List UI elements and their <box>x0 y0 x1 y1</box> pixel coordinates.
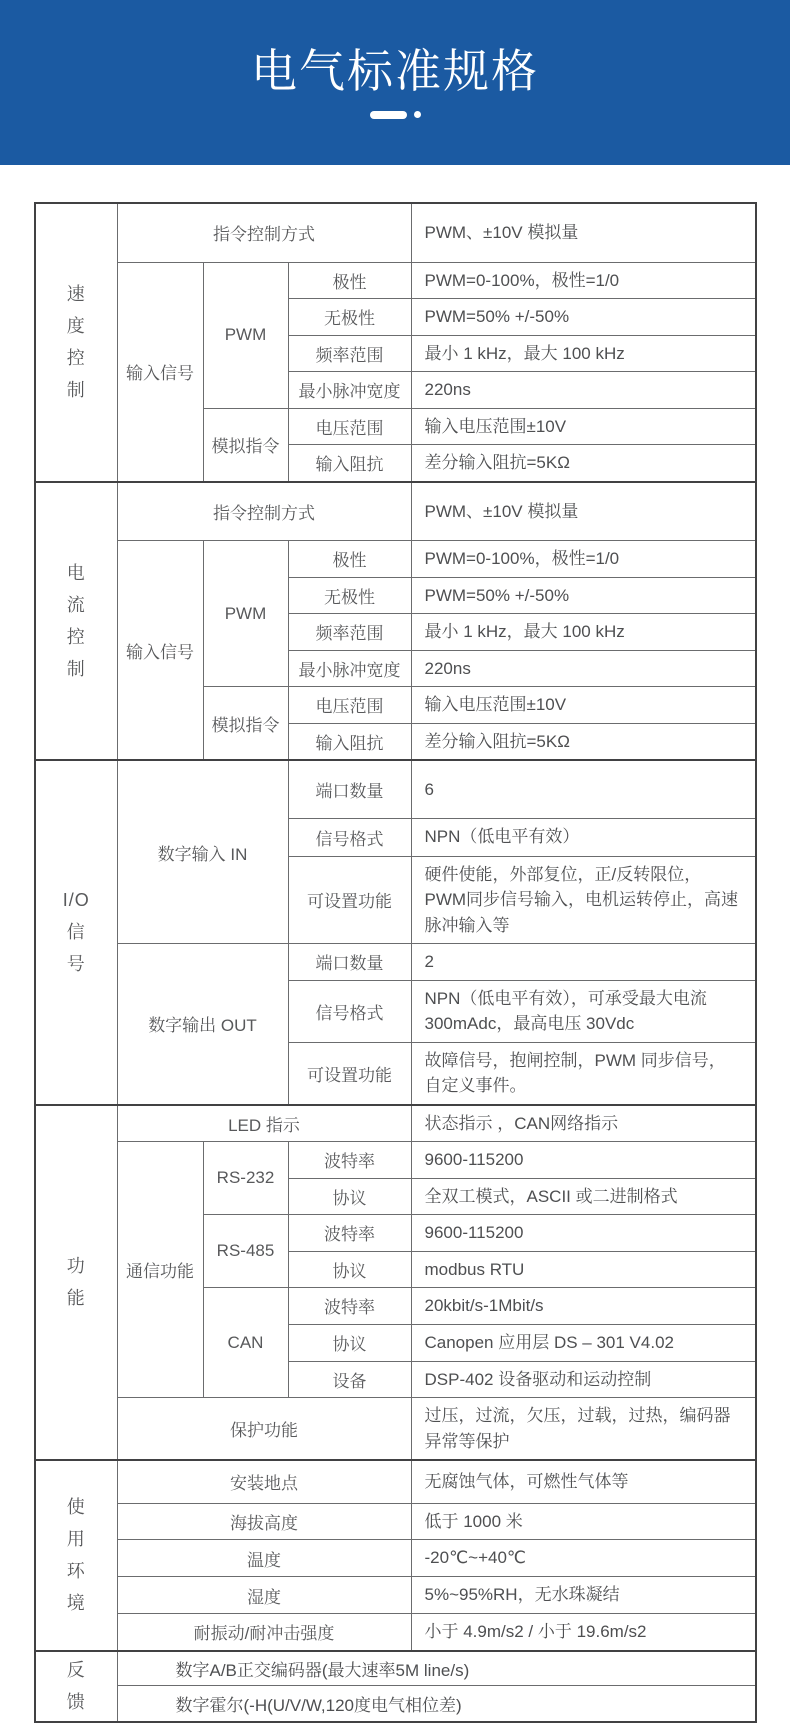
row-label: LED 指示 <box>117 1105 411 1142</box>
table-row: 数字输出 OUT 端口数量 2 <box>35 944 756 981</box>
row-label: 极性 <box>288 262 411 299</box>
table-row: 电 流 控 制 指令控制方式 PWM、±10V 模拟量 <box>35 482 756 541</box>
table-row: 数字霍尔(-H(U/V/W,120度电气相位差) <box>35 1686 756 1722</box>
underline-dash <box>370 111 407 119</box>
row-value: PWM、±10V 模拟量 <box>411 203 756 262</box>
row-label: 协议 <box>288 1178 411 1215</box>
row-value: 6 <box>411 760 756 818</box>
row-label: 端口数量 <box>288 760 411 818</box>
row-label: 极性 <box>288 541 411 578</box>
row-label: 频率范围 <box>288 335 411 372</box>
row-value: PWM=50% +/-50% <box>411 577 756 614</box>
table-row: 输入信号 PWM 极性 PWM=0-100%，极性=1/0 <box>35 541 756 578</box>
row-value: PWM=0-100%，极性=1/0 <box>411 262 756 299</box>
row-value: 输入电压范围±10V <box>411 687 756 724</box>
group-pwm: PWM <box>203 541 288 687</box>
table-row: 海拔高度 低于 1000 米 <box>35 1503 756 1540</box>
row-label: 波特率 <box>288 1142 411 1179</box>
category-io-signal: I/O 信 号 <box>35 760 117 1105</box>
group-rs485: RS-485 <box>203 1215 288 1288</box>
row-label: 指令控制方式 <box>117 482 411 541</box>
row-label: 信号格式 <box>288 818 411 856</box>
row-label: 电压范围 <box>288 687 411 724</box>
row-label: 无极性 <box>288 577 411 614</box>
row-value: DSP-402 设备驱动和运动控制 <box>411 1361 756 1398</box>
row-value: 9600-115200 <box>411 1142 756 1179</box>
row-value: 5%~95%RH，无水珠凝结 <box>411 1577 756 1614</box>
row-value: modbus RTU <box>411 1251 756 1288</box>
row-value: 差分输入阻抗=5KΩ <box>411 445 756 482</box>
row-value: 无腐蚀气体，可燃性气体等 <box>411 1460 756 1503</box>
row-value: 硬件使能，外部复位，正/反转限位，PWM同步信号输入，电机运转停止，高速脉冲输入… <box>411 856 756 944</box>
row-label: 输入阻抗 <box>288 445 411 482</box>
table-row: 输入信号 PWM 极性 PWM=0-100%，极性=1/0 <box>35 262 756 299</box>
row-value: NPN（低电平有效） <box>411 818 756 856</box>
row-label: 海拔高度 <box>117 1503 411 1540</box>
row-label: 信号格式 <box>288 980 411 1042</box>
header-banner: 电气标准规格 <box>0 0 790 165</box>
row-label: 端口数量 <box>288 944 411 981</box>
group-can: CAN <box>203 1288 288 1398</box>
group-rs232: RS-232 <box>203 1142 288 1215</box>
row-value: NPN（低电平有效），可承受最大电流300mAdc，最高电压 30Vdc <box>411 980 756 1042</box>
row-label: 可设置功能 <box>288 856 411 944</box>
category-current-control: 电 流 控 制 <box>35 482 117 761</box>
row-label: 安装地点 <box>117 1460 411 1503</box>
title-underline-decoration <box>370 111 421 119</box>
row-value: 输入电压范围±10V <box>411 408 756 445</box>
group-input-signal: 输入信号 <box>117 262 203 482</box>
row-value: PWM=50% +/-50% <box>411 299 756 336</box>
row-value: PWM=0-100%，极性=1/0 <box>411 541 756 578</box>
table-row: 反 馈 数字A/B正交编码器(最大速率5M line/s) <box>35 1651 756 1686</box>
row-label: 频率范围 <box>288 614 411 651</box>
row-label: 设备 <box>288 1361 411 1398</box>
category-environment: 使 用 环 境 <box>35 1460 117 1651</box>
group-digital-output: 数字输出 OUT <box>117 944 288 1105</box>
row-label: 耐振动/耐冲击强度 <box>117 1614 411 1651</box>
row-label: 波特率 <box>288 1215 411 1252</box>
table-row: 温度 -20℃~+40℃ <box>35 1540 756 1577</box>
row-value: 最小 1 kHz，最大 100 kHz <box>411 614 756 651</box>
row-value: 220ns <box>411 372 756 409</box>
row-value: 最小 1 kHz，最大 100 kHz <box>411 335 756 372</box>
row-value: 差分输入阻抗=5KΩ <box>411 723 756 760</box>
row-value: 9600-115200 <box>411 1215 756 1252</box>
row-label: 可设置功能 <box>288 1042 411 1105</box>
row-value: Canopen 应用层 DS – 301 V4.02 <box>411 1324 756 1361</box>
group-input-signal: 输入信号 <box>117 541 203 761</box>
row-label: 协议 <box>288 1324 411 1361</box>
underline-dot <box>414 111 421 118</box>
row-value: PWM、±10V 模拟量 <box>411 482 756 541</box>
spec-table: 速 度 控 制 指令控制方式 PWM、±10V 模拟量 输入信号 PWM 极性 … <box>34 202 757 1723</box>
category-feedback: 反 馈 <box>35 1651 117 1722</box>
row-value: 过压，过流，欠压，过载，过热，编码器异常等保护 <box>411 1398 756 1461</box>
table-row: 湿度 5%~95%RH，无水珠凝结 <box>35 1577 756 1614</box>
row-label: 波特率 <box>288 1288 411 1325</box>
group-analog-command: 模拟指令 <box>203 408 288 482</box>
group-analog-command: 模拟指令 <box>203 687 288 761</box>
row-value: 状态指示 ，CAN网络指示 <box>411 1105 756 1142</box>
category-speed-control: 速 度 控 制 <box>35 203 117 482</box>
group-digital-input: 数字输入 IN <box>117 760 288 944</box>
table-row: 速 度 控 制 指令控制方式 PWM、±10V 模拟量 <box>35 203 756 262</box>
group-pwm: PWM <box>203 262 288 408</box>
category-function: 功 能 <box>35 1105 117 1461</box>
row-label: 最小脉冲宽度 <box>288 372 411 409</box>
row-label: 温度 <box>117 1540 411 1577</box>
row-value: 小于 4.9m/s2 / 小于 19.6m/s2 <box>411 1614 756 1651</box>
table-row: 功 能 LED 指示 状态指示 ，CAN网络指示 <box>35 1105 756 1142</box>
row-value: 故障信号，抱闸控制，PWM 同步信号，自定义事件。 <box>411 1042 756 1105</box>
row-label: 最小脉冲宽度 <box>288 650 411 687</box>
feedback-row-encoder: 数字A/B正交编码器(最大速率5M line/s) <box>117 1651 756 1686</box>
row-label: 输入阻抗 <box>288 723 411 760</box>
row-label: 湿度 <box>117 1577 411 1614</box>
table-row: 耐振动/耐冲击强度 小于 4.9m/s2 / 小于 19.6m/s2 <box>35 1614 756 1651</box>
row-label: 无极性 <box>288 299 411 336</box>
row-value: 20kbit/s-1Mbit/s <box>411 1288 756 1325</box>
row-value: 220ns <box>411 650 756 687</box>
table-row: 保护功能 过压，过流，欠压，过载，过热，编码器异常等保护 <box>35 1398 756 1461</box>
feedback-row-hall: 数字霍尔(-H(U/V/W,120度电气相位差) <box>117 1686 756 1722</box>
row-label: 保护功能 <box>117 1398 411 1461</box>
table-row: 使 用 环 境 安装地点 无腐蚀气体，可燃性气体等 <box>35 1460 756 1503</box>
row-label: 协议 <box>288 1251 411 1288</box>
group-communication: 通信功能 <box>117 1142 203 1398</box>
table-row: I/O 信 号 数字输入 IN 端口数量 6 <box>35 760 756 818</box>
page-title: 电气标准规格 <box>251 46 539 97</box>
row-value: 2 <box>411 944 756 981</box>
row-label: 指令控制方式 <box>117 203 411 262</box>
table-row: 通信功能 RS-232 波特率 9600-115200 <box>35 1142 756 1179</box>
row-value: 全双工模式，ASCII 或二进制格式 <box>411 1178 756 1215</box>
row-label: 电压范围 <box>288 408 411 445</box>
row-value: -20℃~+40℃ <box>411 1540 756 1577</box>
row-value: 低于 1000 米 <box>411 1503 756 1540</box>
